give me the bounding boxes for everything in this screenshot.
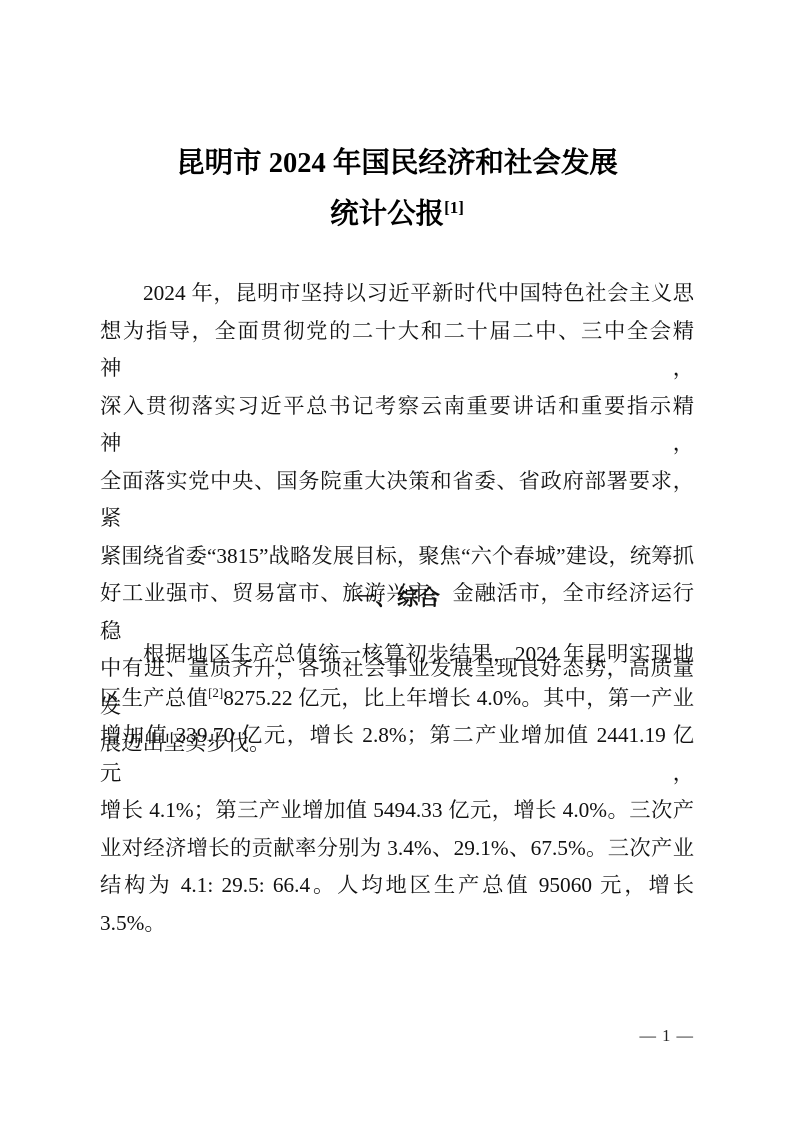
paragraph-gdp-line-4: 增长 4.1%；第三产业增加值 5494.33 亿元，增长 4.0%。三次产 [100,792,694,830]
paragraph-gdp-line-3: 增加值 339.70 亿元，增长 2.8%；第二产业增加值 2441.19 亿元… [100,717,694,792]
paragraph-gdp-line-5: 业对经济增长的贡献率分别为 3.4%、29.1%、67.5%。三次产业 [100,830,694,868]
paragraph-gdp-line-6: 结构为 4.1: 29.5: 66.4。人均地区生产总值 95060 元，增长 … [100,867,694,942]
paragraph-gdp-line-1: 根据地区生产总值统一核算初步结果，2024 年昆明实现地 [100,636,694,674]
paragraph-gdp: 根据地区生产总值统一核算初步结果，2024 年昆明实现地 区生产总值[2]827… [100,636,694,942]
paragraph-intro-line-2: 想为指导，全面贯彻党的二十大和二十届二中、三中全会精神， [100,313,694,388]
footnote-ref-1: [1] [444,198,464,217]
title-line-2: 统计公报[1] [100,186,694,237]
title-line-2-text: 统计公报 [330,199,444,230]
document-page: 昆明市 2024 年国民经济和社会发展 统计公报[1] 2024 年，昆明市坚持… [0,0,794,1123]
paragraph-intro-line-5: 紧围绕省委“3815”战略发展目标，聚焦“六个春城”建设，统筹抓 [100,538,694,576]
paragraph-intro-line-4: 全面落实党中央、国务院重大决策和省委、省政府部署要求，紧 [100,463,694,538]
page-number: — 1 — [100,1024,694,1048]
document-title: 昆明市 2024 年国民经济和社会发展 统计公报[1] [100,142,694,237]
paragraph-gdp-line-2-pre: 区生产总值 [100,686,208,710]
paragraph-gdp-line-2-post: 8275.22 亿元，比上年增长 4.0%。其中，第一产业 [223,686,694,710]
paragraph-intro-line-3: 深入贯彻落实习近平总书记考察云南重要讲话和重要指示精神， [100,388,694,463]
paragraph-intro-line-1: 2024 年，昆明市坚持以习近平新时代中国特色社会主义思 [100,275,694,313]
section-heading-overview: 一、综合 [100,580,694,618]
footnote-ref-2: [2] [208,685,223,700]
paragraph-gdp-line-2: 区生产总值[2]8275.22 亿元，比上年增长 4.0%。其中，第一产业 [100,674,694,718]
title-line-1: 昆明市 2024 年国民经济和社会发展 [100,142,694,186]
